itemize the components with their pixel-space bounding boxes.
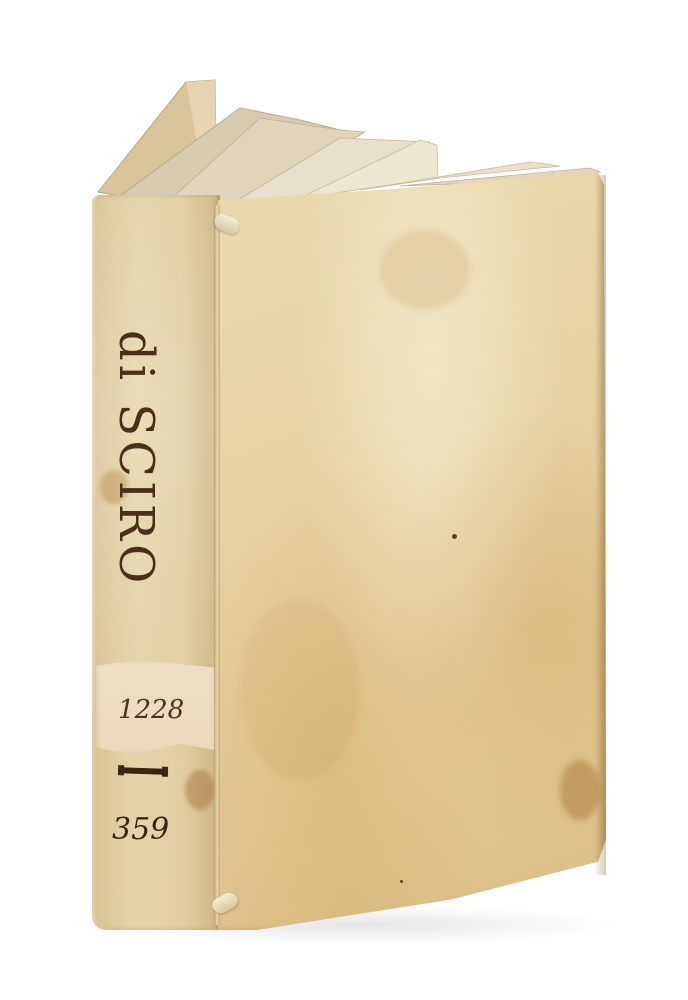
cover-fore-edge-shading — [594, 175, 606, 875]
cover-stain — [240, 600, 360, 780]
cover-spot — [400, 880, 403, 883]
spine-title-text: di SCIRO — [108, 330, 164, 587]
spine-stain — [185, 770, 215, 810]
spine-title: di SCIRO — [104, 330, 174, 630]
cover-joint — [214, 205, 220, 925]
cover-spot — [452, 534, 457, 539]
spine-label-number: 1228 — [118, 695, 184, 725]
photo-scene: di SCIRO 1228 359 — [0, 0, 688, 1000]
cover-stain — [380, 230, 470, 310]
cover-stain — [560, 760, 600, 820]
spine-shelf-number: 359 — [112, 812, 169, 847]
